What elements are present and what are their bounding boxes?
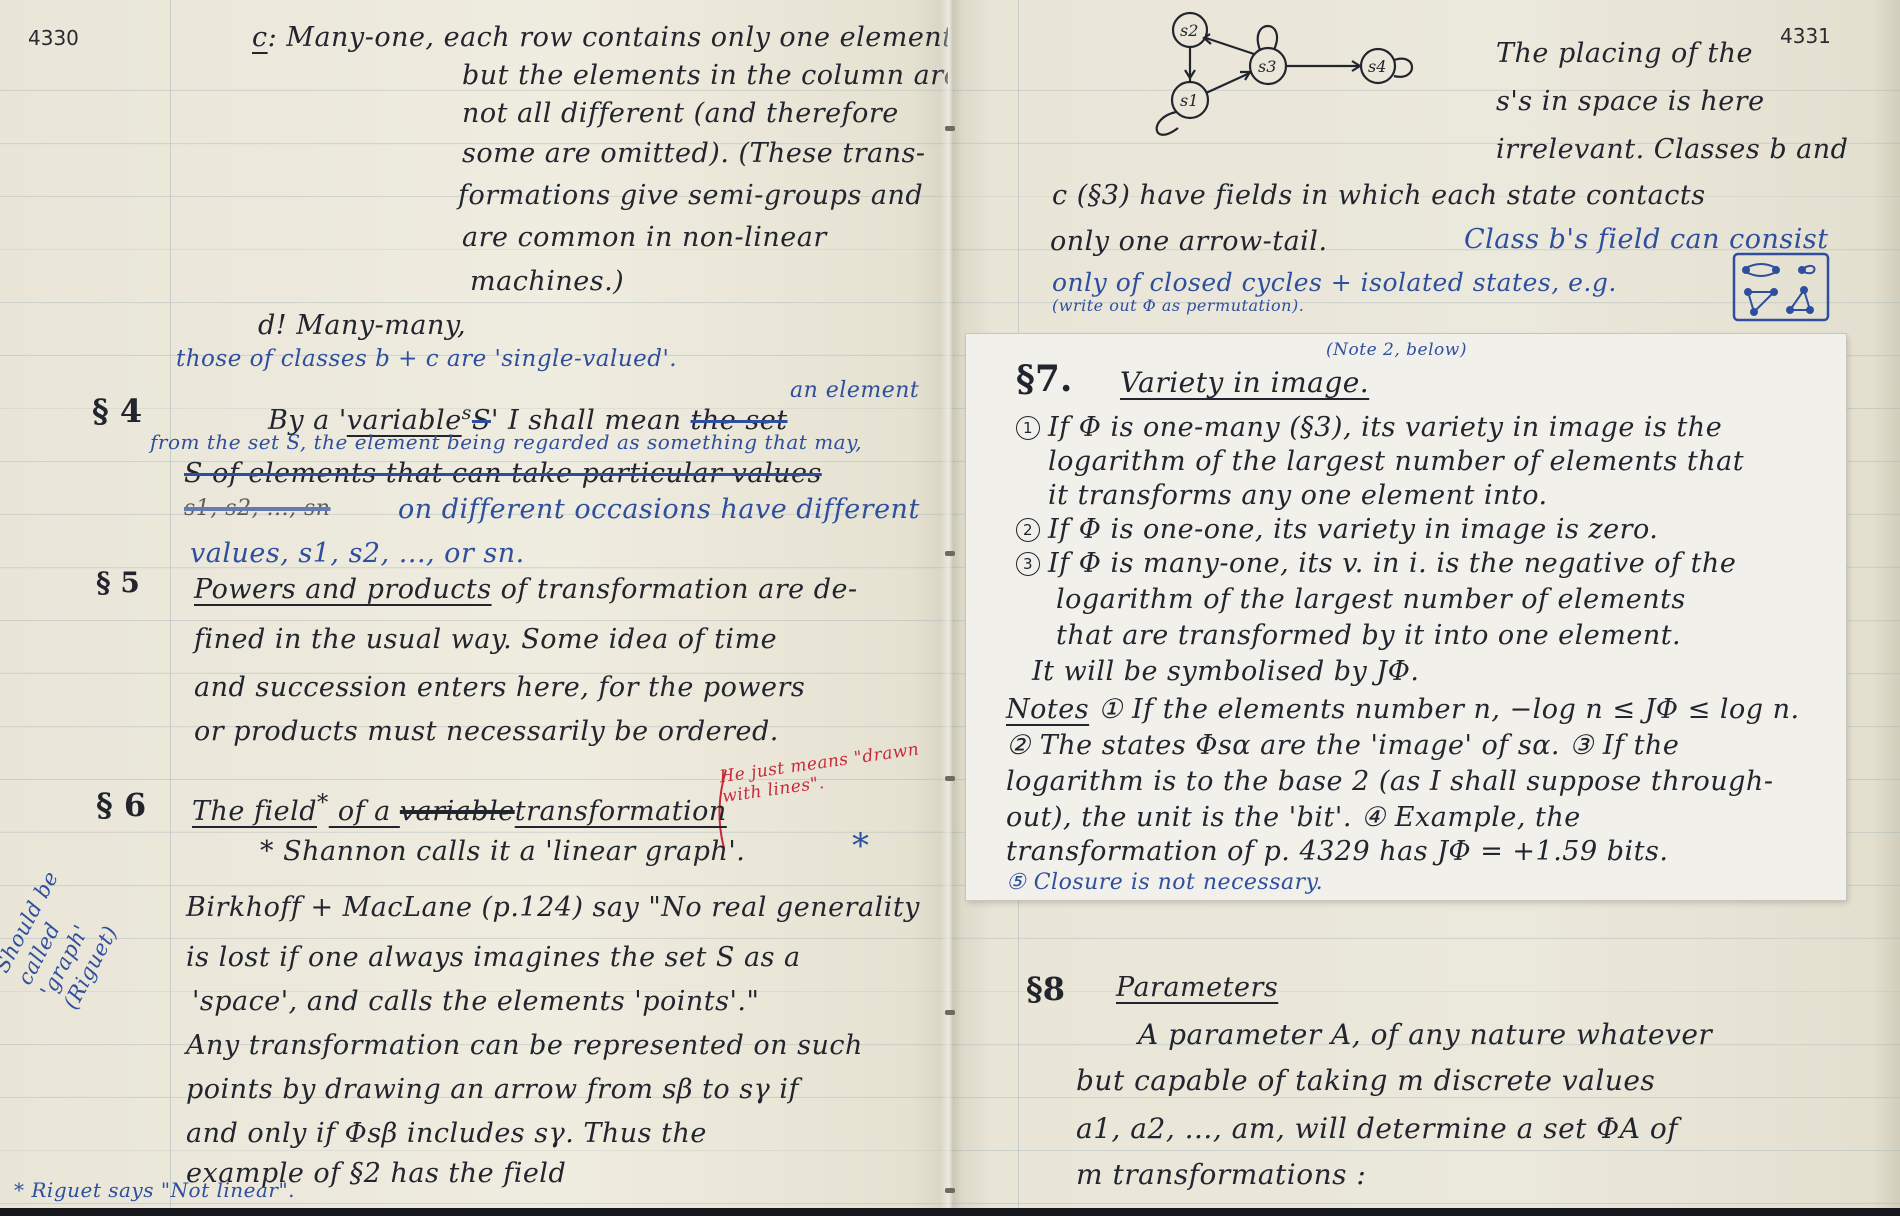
section-6-line-3: 'space', and calls the elements 'points'… — [192, 986, 759, 1017]
binding-stitch — [945, 1010, 955, 1015]
class-c-line-3: not all different (and therefore — [462, 98, 899, 129]
text: If Φ is many-one, its v. in i. is the ne… — [1048, 548, 1736, 579]
class-c-text: : Many-one, each row contains only one e… — [268, 22, 948, 53]
section-8-line-4: m transformations : — [1076, 1158, 1366, 1191]
blue-star: * — [852, 826, 870, 866]
left-notebook-page: 4330 c: Many-one, each row contains only… — [0, 0, 948, 1210]
section-8-number: §8 — [1026, 970, 1065, 1008]
section-5-line-1: Powers and products of transformation ar… — [194, 574, 858, 605]
section-8-line-1: A parameter A, of any nature whatever — [1138, 1018, 1712, 1051]
class-c-line-5: formations give semi-groups and — [458, 180, 923, 211]
section-8-title: Parameters — [1116, 972, 1278, 1003]
notes-line-2: ② The states Φsα are the 'image' of sα. … — [1006, 730, 1679, 761]
class-c-line-7: machines.) — [470, 266, 624, 297]
text: ① If the elements number n, −log n ≤ JΦ … — [1098, 694, 1799, 725]
node-s3: s3 — [1258, 57, 1276, 76]
binding-stitch — [945, 776, 955, 781]
notebook-spine — [940, 0, 962, 1210]
class-d-text: ! Many-many, — [276, 310, 466, 341]
node-s1: s1 — [1180, 91, 1198, 110]
struck-text: variable — [400, 796, 515, 827]
section-5-line-3: and succession enters here, for the powe… — [194, 672, 805, 703]
class-c-line-4: some are omitted). (These trans- — [462, 138, 926, 169]
class-d-line: d! Many-many, — [258, 310, 466, 341]
state-transition-diagram: s2 s3 s4 s1 — [1148, 8, 1418, 138]
class-c-line-1: c: Many-one, each row contains only one … — [252, 22, 948, 53]
insert-an-element: an element — [790, 378, 919, 403]
section-6-line-2: is lost if one always imagines the set S… — [186, 942, 801, 973]
notes-line-4: out), the unit is the 'bit'. ④ Example, … — [1006, 802, 1581, 833]
binding-stitch — [945, 126, 955, 131]
section-6-line-6: and only if Φsβ includes sγ. Thus the — [186, 1118, 707, 1149]
riguet-bottom-note: * Riguet says "Not linear". — [14, 1178, 295, 1202]
section-4-number: § 4 — [92, 392, 142, 430]
intro-line-4: c (§3) have fields in which each state c… — [1052, 180, 1706, 211]
item-1-line-3: it transforms any one element into. — [1048, 480, 1548, 511]
circled-number-2: 2 — [1016, 518, 1040, 542]
notes-line-3: logarithm is to the base 2 (as I shall s… — [1006, 766, 1773, 797]
intro-line-3: irrelevant. Classes b and — [1496, 134, 1848, 165]
node-s2: s2 — [1180, 21, 1198, 40]
binding-stitch — [945, 551, 955, 556]
notes-line-1: Notes ① If the elements number n, −log n… — [1006, 694, 1800, 725]
shannon-footnote: * Shannon calls it a 'linear graph'. — [260, 836, 745, 867]
notes-label: Notes — [1006, 694, 1089, 725]
pasted-card-section-7: §7. Variety in image. (Note 2, below) 1I… — [966, 334, 1846, 900]
item-3-line-3: that are transformed by it into one elem… — [1056, 620, 1681, 651]
section-6-line-5: points by drawing an arrow from sβ to sγ… — [186, 1074, 799, 1105]
section-6-line-4: Any transformation can be represented on… — [186, 1030, 863, 1061]
insert-from-the-set: from the set S, the element being regard… — [150, 430, 862, 454]
text: If Φ is one-many (§3), its variety in im… — [1048, 412, 1722, 443]
notes-line-5: transformation of p. 4329 has JΦ = +1.59… — [1006, 836, 1668, 867]
item-3-line-2: logarithm of the largest number of eleme… — [1056, 584, 1686, 615]
item-3-line-1: 3If Φ is many-one, its v. in i. is the n… — [1016, 548, 1736, 579]
section-5-title: Powers and products — [194, 574, 492, 605]
title-text: transformation — [515, 796, 727, 827]
section-5-line-4: or products must necessarily be ordered. — [194, 716, 779, 747]
section-6-line-1: Birkhoff + MacLane (p.124) say "No real … — [186, 892, 920, 923]
intro-line-1: The placing of the — [1496, 38, 1753, 69]
blue-note-line-3: (write out Φ as permutation). — [1052, 296, 1304, 315]
page-number: 4330 — [28, 26, 79, 50]
permutation-example-diagram — [1732, 252, 1830, 322]
blue-note-line-2: only of closed cycles + isolated states,… — [1052, 268, 1617, 297]
section-4-line-2-struck: S of elements that can take particular v… — [184, 458, 822, 489]
item-2-line-1: 2If Φ is one-one, its variety in image i… — [1016, 514, 1658, 545]
title-text: The field — [192, 796, 317, 827]
superscript-s: s — [462, 402, 472, 424]
section-8-line-2: but capable of taking m discrete values — [1076, 1064, 1655, 1097]
section-7-title: Variety in image. — [1120, 366, 1369, 399]
class-d-label: d — [258, 310, 276, 341]
blue-note-line-1: Class b's field can consist — [1464, 224, 1829, 255]
class-c-line-2: but the elements in the column are — [462, 60, 948, 91]
class-c-line-6: are common in non-linear — [462, 222, 827, 253]
page-number: 4331 — [1780, 24, 1831, 48]
section-4-line-3: on different occasions have different — [398, 494, 920, 525]
footnote-star: * — [317, 790, 329, 816]
text: of transformation are de- — [501, 574, 858, 605]
section-6-title: The field* of a variabletransformation — [192, 790, 727, 827]
intro-line-2: s's in space is here — [1496, 86, 1765, 117]
margin-line — [170, 0, 171, 1210]
note-2-reference: (Note 2, below) — [1326, 340, 1467, 360]
node-s4: s4 — [1368, 57, 1386, 76]
section-7-number: §7. — [1016, 358, 1072, 400]
section-4-line-4: values, s1, s2, ..., or sn. — [190, 538, 525, 569]
item-1-line-1: 1If Φ is one-many (§3), its variety in i… — [1016, 412, 1722, 443]
section-5-number: § 5 — [96, 566, 140, 599]
section-8-line-3: a1, a2, ..., am, will determine a set ΦA… — [1076, 1112, 1678, 1145]
intro-line-5: only one arrow-tail. — [1050, 226, 1328, 257]
section-5-line-2: fined in the usual way. Some idea of tim… — [194, 624, 777, 655]
circled-number-3: 3 — [1016, 552, 1040, 576]
notebook-bottom-edge — [0, 1208, 1900, 1216]
binding-stitch — [945, 1188, 955, 1193]
section-6-number: § 6 — [96, 786, 146, 824]
note-5-closure: ⑤ Closure is not necessary. — [1006, 870, 1323, 895]
circled-number-1: 1 — [1016, 416, 1040, 440]
symbol-line: It will be symbolised by JΦ. — [1032, 656, 1419, 687]
item-1-line-2: logarithm of the largest number of eleme… — [1048, 446, 1744, 477]
single-valued-note: those of classes b + c are 'single-value… — [176, 346, 677, 372]
text: If Φ is one-one, its variety in image is… — [1048, 514, 1658, 545]
section-4-line-3-struck: s1, s2, ..., sn — [184, 496, 330, 521]
class-c-label: c — [252, 22, 268, 53]
